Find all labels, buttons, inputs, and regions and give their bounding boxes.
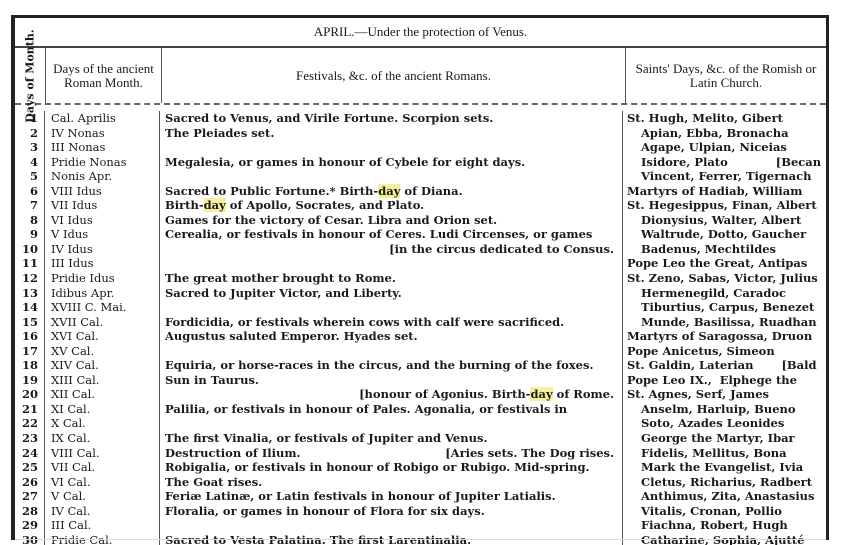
- festival-cell: [160, 518, 623, 533]
- saints-cell: Cletus, Richarius, Radbert: [623, 475, 826, 490]
- saints-cell: Martyrs of Hadiab, William: [623, 184, 826, 199]
- table-row: 6VIII IdusSacred to Public Fortune.* Bir…: [15, 184, 826, 199]
- festival-cell: Birth-day of Apollo, Socrates, and Plato…: [160, 198, 623, 213]
- festival-cell: [160, 344, 623, 359]
- roman-day: XVII Cal.: [45, 315, 160, 330]
- saints-cell: Vincent, Ferrer, Tigernach: [623, 169, 826, 184]
- roman-day: IV Idus: [45, 242, 160, 257]
- festival-cell: Robigalia, or festivals in honour of Rob…: [160, 460, 623, 475]
- festival-cell: The first Vinalia, or festivals of Jupit…: [160, 431, 623, 446]
- table-row: 23IX Cal.The first Vinalia, or festivals…: [15, 431, 826, 446]
- festival-cell: The Goat rises.: [160, 475, 623, 490]
- day-number: 9: [15, 227, 45, 242]
- saints-cell: Waltrude, Dotto, Gaucher: [623, 227, 826, 242]
- saints-cell: Soto, Azades Leonides: [623, 416, 826, 431]
- day-number: 19: [15, 373, 45, 388]
- saints-cell: Anselm, Harluip, Bueno: [623, 402, 826, 417]
- table-row: 10IV Idus[in the circus dedicated to Con…: [15, 242, 826, 257]
- table-title: APRIL.—Under the protection of Venus.: [15, 18, 826, 48]
- roman-day: V Idus: [45, 227, 160, 242]
- table-row: 9V IdusCerealia, or festivals in honour …: [15, 227, 826, 242]
- header-saints: Saints' Days, &c. of the Romish or Latin…: [626, 48, 826, 103]
- saints-cell: St. Galdin, Laterian [Bald: [623, 358, 826, 373]
- festival-text: Destruction of Ilium.: [165, 446, 300, 461]
- festival-cell: Sacred to Public Fortune.* Birth-day of …: [160, 184, 623, 199]
- saints-cell: Munde, Basilissa, Ruadhan: [623, 315, 826, 330]
- saints-cell: Mark the Evangelist, Ivia: [623, 460, 826, 475]
- table-row: 28IV Cal.Floralia, or games in honour of…: [15, 504, 826, 519]
- table-row: 27V Cal.Feriæ Latinæ, or Latin festivals…: [15, 489, 826, 504]
- day-number: 21: [15, 402, 45, 417]
- header-row: Days of Month. Days of the ancient Roman…: [15, 48, 826, 105]
- table-row: 20XII Cal.[honour of Agonius. Birth-day …: [15, 387, 826, 402]
- table-row: 8VI IdusGames for the victory of Cesar. …: [15, 213, 826, 228]
- header-days-of-month-label: Days of Month.: [25, 29, 36, 122]
- day-number: 4: [15, 155, 45, 170]
- saints-cell: Martyrs of Saragossa, Druon: [623, 329, 826, 344]
- roman-day: IX Cal.: [45, 431, 160, 446]
- saints-cell: Pope Anicetus, Simeon: [623, 344, 826, 359]
- festival-cell: Equiria, or horse-races in the circus, a…: [160, 358, 623, 373]
- roman-day: XV Cal.: [45, 344, 160, 359]
- highlighted-word: day: [530, 387, 552, 401]
- festival-cell: Augustus saluted Emperor. Hyades set.: [160, 329, 623, 344]
- festival-cell: The great mother brought to Rome.: [160, 271, 623, 286]
- day-number: 3: [15, 140, 45, 155]
- day-number: 17: [15, 344, 45, 359]
- table-row: 15XVII Cal.Fordicidia, or festivals wher…: [15, 315, 826, 330]
- table-row: 18XIV Cal.Equiria, or horse-races in the…: [15, 358, 826, 373]
- saints-cell: Dionysius, Walter, Albert: [623, 213, 826, 228]
- table-body: 1Cal. AprilisSacred to Venus, and Virile…: [15, 105, 826, 545]
- table-row: 13Idibus Apr.Sacred to Jupiter Victor, a…: [15, 286, 826, 301]
- april-calendar-table: APRIL.—Under the protection of Venus. Da…: [11, 15, 829, 540]
- highlighted-word: day: [204, 198, 226, 212]
- day-number: 5: [15, 169, 45, 184]
- festival-cell: [160, 416, 623, 431]
- table-row: 16XVI Cal.Augustus saluted Emperor. Hyad…: [15, 329, 826, 344]
- day-number: 13: [15, 286, 45, 301]
- roman-day: X Cal.: [45, 416, 160, 431]
- roman-day: XVIII C. Mai.: [45, 300, 160, 315]
- table-row: 21XI Cal.Palilia, or festivals in honour…: [15, 402, 826, 417]
- table-row: 22X Cal.Soto, Azades Leonides: [15, 416, 826, 431]
- roman-day: XIV Cal.: [45, 358, 160, 373]
- roman-day: VII Idus: [45, 198, 160, 213]
- day-number: 20: [15, 387, 45, 402]
- festival-text: [honour of Agonius. Birth-: [359, 387, 530, 401]
- roman-day: VIII Idus: [45, 184, 160, 199]
- saints-cell: Vitalis, Cronan, Pollio: [623, 504, 826, 519]
- festival-cell: Sun in Taurus.: [160, 373, 623, 388]
- bottom-rule: [15, 539, 826, 540]
- festival-cell: Megalesia, or games in honour of Cybele …: [160, 155, 623, 170]
- roman-day: VIII Cal.: [45, 446, 160, 461]
- roman-day: XII Cal.: [45, 387, 160, 402]
- day-number: 15: [15, 315, 45, 330]
- roman-day: VI Idus: [45, 213, 160, 228]
- table-row: 2IV NonasThe Pleiades set.Apian, Ebba, B…: [15, 126, 826, 141]
- festival-text: Birth-: [165, 198, 204, 212]
- festival-cell: Sacred to Jupiter Victor, and Liberty.: [160, 286, 623, 301]
- day-number: 27: [15, 489, 45, 504]
- festival-cell: Games for the victory of Cesar. Libra an…: [160, 213, 623, 228]
- day-number: 12: [15, 271, 45, 286]
- day-number: 25: [15, 460, 45, 475]
- festival-text: of Diana.: [400, 184, 462, 198]
- festival-cell: Floralia, or games in honour of Flora fo…: [160, 504, 623, 519]
- table-row: 17XV Cal.Pope Anicetus, Simeon: [15, 344, 826, 359]
- festival-text: of Apollo, Socrates, and Plato.: [226, 198, 424, 212]
- table-row: 14XVIII C. Mai.Tiburtius, Carpus, Beneze…: [15, 300, 826, 315]
- festival-cell: Fordicidia, or festivals wherein cows wi…: [160, 315, 623, 330]
- header-roman-days: Days of the ancient Roman Month.: [46, 48, 162, 103]
- roman-day: IV Cal.: [45, 504, 160, 519]
- highlighted-word: day: [378, 184, 400, 198]
- festival-cell: [160, 169, 623, 184]
- saints-cell: St. Agnes, Serf, James: [623, 387, 826, 402]
- table-row: 26VI Cal.The Goat rises.Cletus, Richariu…: [15, 475, 826, 490]
- saints-cell: St. Hegesippus, Finan, Albert: [623, 198, 826, 213]
- saints-cell: St. Hugh, Melito, Gibert: [623, 111, 826, 126]
- roman-day: III Idus: [45, 256, 160, 271]
- day-number: 14: [15, 300, 45, 315]
- festival-text: [Aries sets. The Dog rises.: [445, 446, 614, 461]
- header-days-of-month: Days of Month.: [15, 48, 46, 103]
- saints-cell: Anthimus, Zita, Anastasius: [623, 489, 826, 504]
- roman-day: VI Cal.: [45, 475, 160, 490]
- saints-cell: George the Martyr, Ibar: [623, 431, 826, 446]
- festival-cell: The Pleiades set.: [160, 126, 623, 141]
- roman-day: Idibus Apr.: [45, 286, 160, 301]
- roman-day: XIII Cal.: [45, 373, 160, 388]
- saints-cell: Hermenegild, Caradoc: [623, 286, 826, 301]
- roman-day: Cal. Aprilis: [45, 111, 160, 126]
- roman-day: VII Cal.: [45, 460, 160, 475]
- roman-day: XVI Cal.: [45, 329, 160, 344]
- saints-cell: Pope Leo IX., Elphege the: [623, 373, 826, 388]
- table-row: 24VIII Cal.Destruction of Ilium.[Aries s…: [15, 446, 826, 461]
- day-number: 8: [15, 213, 45, 228]
- festival-cell: Cerealia, or festivals in honour of Cere…: [160, 227, 623, 242]
- day-number: 23: [15, 431, 45, 446]
- festival-cell: [honour of Agonius. Birth-day of Rome.: [160, 387, 623, 402]
- saints-cell: Fidelis, Mellitus, Bona: [623, 446, 826, 461]
- festival-cell: Palilia, or festivals in honour of Pales…: [160, 402, 623, 417]
- table-row: 3III NonasAgape, Ulpian, Niceias: [15, 140, 826, 155]
- day-number: 2: [15, 126, 45, 141]
- day-number: 6: [15, 184, 45, 199]
- day-number: 11: [15, 256, 45, 271]
- day-number: 29: [15, 518, 45, 533]
- day-number: 22: [15, 416, 45, 431]
- saints-cell: Badenus, Mechtildes: [623, 242, 826, 257]
- roman-day: IV Nonas: [45, 126, 160, 141]
- festival-cell: Feriæ Latinæ, or Latin festivals in hono…: [160, 489, 623, 504]
- saints-cell: Fiachna, Robert, Hugh: [623, 518, 826, 533]
- saints-cell: Agape, Ulpian, Niceias: [623, 140, 826, 155]
- festival-cell: [160, 300, 623, 315]
- day-number: 26: [15, 475, 45, 490]
- header-festivals: Festivals, &c. of the ancient Romans.: [162, 48, 626, 103]
- roman-day: V Cal.: [45, 489, 160, 504]
- day-number: 7: [15, 198, 45, 213]
- roman-day: Pridie Nonas: [45, 155, 160, 170]
- roman-day: III Cal.: [45, 518, 160, 533]
- roman-day: Nonis Apr.: [45, 169, 160, 184]
- saints-cell: Apian, Ebba, Bronacha: [623, 126, 826, 141]
- saints-cell: Pope Leo the Great, Antipas: [623, 256, 826, 271]
- saints-cell: St. Zeno, Sabas, Victor, Julius: [623, 271, 826, 286]
- festival-text: Sacred to Public Fortune.* Birth-: [165, 184, 378, 198]
- table-row: 29III Cal.Fiachna, Robert, Hugh: [15, 518, 826, 533]
- day-number: 10: [15, 242, 45, 257]
- table-row: 19XIII Cal.Sun in Taurus.Pope Leo IX., E…: [15, 373, 826, 388]
- table-row: 1Cal. AprilisSacred to Venus, and Virile…: [15, 111, 826, 126]
- saints-cell: Tiburtius, Carpus, Benezet: [623, 300, 826, 315]
- festival-cell: [160, 140, 623, 155]
- festival-cell: Destruction of Ilium.[Aries sets. The Do…: [160, 446, 623, 461]
- festival-cell: [in the circus dedicated to Consus.: [160, 242, 623, 257]
- day-number: 24: [15, 446, 45, 461]
- table-row: 12Pridie IdusThe great mother brought to…: [15, 271, 826, 286]
- festival-cell: [160, 256, 623, 271]
- day-number: 28: [15, 504, 45, 519]
- table-row: 5Nonis Apr.Vincent, Ferrer, Tigernach: [15, 169, 826, 184]
- day-number: 16: [15, 329, 45, 344]
- roman-day: III Nonas: [45, 140, 160, 155]
- roman-day: XI Cal.: [45, 402, 160, 417]
- table-row: 11III IdusPope Leo the Great, Antipas: [15, 256, 826, 271]
- saints-cell: Isidore, Plato [Becan: [623, 155, 826, 170]
- day-number: 18: [15, 358, 45, 373]
- table-row: 25VII Cal.Robigalia, or festivals in hon…: [15, 460, 826, 475]
- roman-day: Pridie Idus: [45, 271, 160, 286]
- table-row: 7VII IdusBirth-day of Apollo, Socrates, …: [15, 198, 826, 213]
- festival-text: of Rome.: [553, 387, 614, 401]
- table-row: 4Pridie NonasMegalesia, or games in hono…: [15, 155, 826, 170]
- festival-cell: Sacred to Venus, and Virile Fortune. Sco…: [160, 111, 623, 126]
- day-number: 1: [15, 111, 45, 126]
